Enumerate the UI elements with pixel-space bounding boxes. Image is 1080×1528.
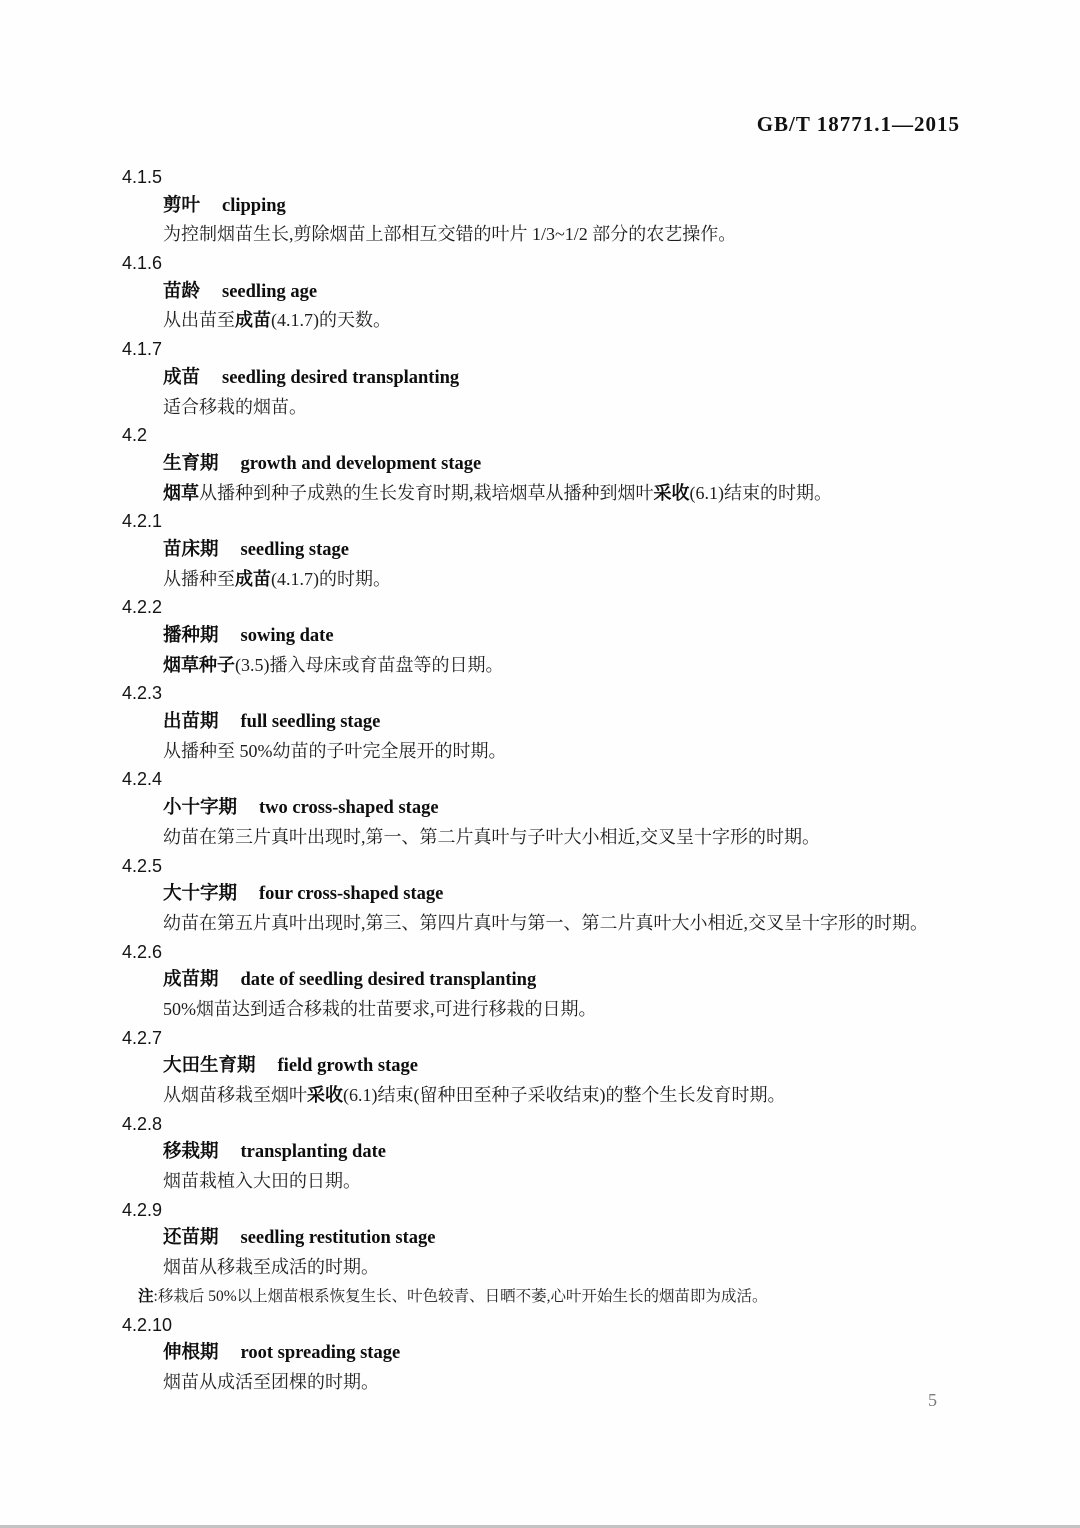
term-chinese: 还苗期 <box>163 1227 219 1248</box>
clause-number: 4.2.10 <box>122 1311 960 1340</box>
term-chinese: 大田生育期 <box>163 1055 256 1076</box>
term-line: 移栽期transplanting date <box>163 1138 960 1167</box>
definition-segment: (3.5)播入母床或育苗盘等的日期。 <box>235 655 504 675</box>
term-entry: 4.2.10伸根期root spreading stage烟苗从成活至团棵的时期… <box>122 1311 960 1397</box>
term-english: sowing date <box>241 626 334 646</box>
term-definition: 烟草从播种到种子成熟的生长发育时期,栽培烟草从播种到烟叶采收(6.1)结束的时期… <box>163 479 960 508</box>
term-english: clipping <box>222 196 286 216</box>
clause-number: 4.2 <box>122 421 960 450</box>
clause-number: 4.2.1 <box>122 507 960 536</box>
term-line: 苗龄seedling age <box>163 278 960 307</box>
term-definition: 烟苗从移栽至成活的时期。 <box>163 1253 960 1282</box>
term-chinese: 苗龄 <box>163 281 200 302</box>
page-number: 5 <box>928 1390 937 1411</box>
term-english: four cross-shaped stage <box>259 884 443 904</box>
term-english: transplanting date <box>241 1142 386 1162</box>
term-line: 剪叶clipping <box>163 192 960 221</box>
term-english: growth and development stage <box>241 454 482 474</box>
definition-segment: 采收 <box>307 1085 343 1106</box>
term-english: seedling restitution stage <box>241 1228 436 1248</box>
term-chinese: 生育期 <box>163 453 219 474</box>
term-entry: 4.1.6苗龄seedling age从出苗至成苗(4.1.7)的天数。 <box>122 249 960 335</box>
term-entry: 4.2.4小十字期two cross-shaped stage幼苗在第三片真叶出… <box>122 765 960 851</box>
term-definition: 烟苗从成活至团棵的时期。 <box>163 1368 960 1397</box>
definition-segment: (6.1)结束的时期。 <box>690 483 833 503</box>
definition-segment: 从出苗至 <box>163 310 235 330</box>
term-entry: 4.2.3出苗期full seedling stage从播种至 50%幼苗的子叶… <box>122 679 960 765</box>
term-chinese: 剪叶 <box>163 195 200 216</box>
clause-number: 4.1.6 <box>122 249 960 278</box>
term-chinese: 成苗 <box>163 367 200 388</box>
term-english: two cross-shaped stage <box>259 798 439 818</box>
term-entry: 4.2生育期growth and development stage烟草从播种到… <box>122 421 960 507</box>
term-entry: 4.2.8移栽期transplanting date烟苗栽植入大田的日期。 <box>122 1110 960 1196</box>
definition-segment: 适合移栽的烟苗。 <box>163 397 307 417</box>
term-chinese: 移栽期 <box>163 1141 219 1162</box>
term-line: 生育期growth and development stage <box>163 450 960 479</box>
content: 4.1.5剪叶clipping为控制烟苗生长,剪除烟苗上部相互交错的叶片 1/3… <box>122 163 960 1397</box>
term-line: 还苗期seedling restitution stage <box>163 1224 960 1253</box>
definition-segment: 烟草种子 <box>163 655 235 676</box>
term-line: 伸根期root spreading stage <box>163 1339 960 1368</box>
definition-segment: 烟苗从成活至团棵的时期。 <box>163 1372 379 1392</box>
term-line: 苗床期seedling stage <box>163 536 960 565</box>
clause-number: 4.2.6 <box>122 938 960 967</box>
definition-segment: 幼苗在第五片真叶出现时,第三、第四片真叶与第一、第二片真叶大小相近,交叉呈十字形… <box>163 913 928 933</box>
note-segment: :移栽后 50%以上烟苗根系恢复生长、叶色较青、日晒不萎,心叶开始生长的烟苗即为… <box>154 1288 768 1305</box>
definition-segment: 幼苗在第三片真叶出现时,第一、第二片真叶与子叶大小相近,交叉呈十字形的时期。 <box>163 827 820 847</box>
clause-number: 4.1.5 <box>122 163 960 192</box>
term-chinese: 小十字期 <box>163 797 237 818</box>
clause-number: 4.2.9 <box>122 1196 960 1225</box>
term-definition: 为控制烟苗生长,剪除烟苗上部相互交错的叶片 1/3~1/2 部分的农艺操作。 <box>163 220 960 249</box>
term-entry: 4.2.7大田生育期field growth stage从烟苗移栽至烟叶采收(6… <box>122 1024 960 1110</box>
definition-segment: (4.1.7)的天数。 <box>271 310 391 330</box>
term-definition: 从出苗至成苗(4.1.7)的天数。 <box>163 306 960 335</box>
clause-number: 4.2.3 <box>122 679 960 708</box>
definition-segment: 从播种到种子成熟的生长发育时期,栽培烟草从播种到烟叶 <box>199 483 654 503</box>
clause-number: 4.2.8 <box>122 1110 960 1139</box>
term-entry: 4.1.7成苗seedling desired transplanting适合移… <box>122 335 960 421</box>
term-english: seedling stage <box>241 540 349 560</box>
clause-number: 4.2.7 <box>122 1024 960 1053</box>
term-english: seedling age <box>222 282 317 302</box>
term-definition: 烟草种子(3.5)播入母床或育苗盘等的日期。 <box>163 651 960 680</box>
definition-segment: 烟苗栽植入大田的日期。 <box>163 1171 361 1191</box>
clause-number: 4.2.2 <box>122 593 960 622</box>
term-chinese: 出苗期 <box>163 711 219 732</box>
definition-segment: 成苗 <box>235 310 271 331</box>
standard-document-page: GB/T 18771.1—2015 4.1.5剪叶clipping为控制烟苗生长… <box>0 0 1080 1528</box>
term-line: 播种期sowing date <box>163 622 960 651</box>
definition-segment: 成苗 <box>235 569 271 590</box>
definition-segment: 采收 <box>654 483 690 504</box>
term-definition: 烟苗栽植入大田的日期。 <box>163 1167 960 1196</box>
term-english: root spreading stage <box>241 1343 401 1363</box>
clause-number: 4.2.4 <box>122 765 960 794</box>
term-chinese: 伸根期 <box>163 1342 219 1363</box>
definition-segment: 烟草 <box>163 483 199 504</box>
term-line: 小十字期two cross-shaped stage <box>163 794 960 823</box>
clause-number: 4.2.5 <box>122 852 960 881</box>
term-definition: 从播种至 50%幼苗的子叶完全展开的时期。 <box>163 737 960 766</box>
definition-segment: 烟苗从移栽至成活的时期。 <box>163 1257 379 1277</box>
term-entry: 4.1.5剪叶clipping为控制烟苗生长,剪除烟苗上部相互交错的叶片 1/3… <box>122 163 960 249</box>
definition-segment: (6.1)结束(留种田至种子采收结束)的整个生长发育时期。 <box>343 1085 785 1105</box>
term-entry: 4.2.2播种期sowing date烟草种子(3.5)播入母床或育苗盘等的日期… <box>122 593 960 679</box>
term-entry: 4.2.6成苗期date of seedling desired transpl… <box>122 938 960 1024</box>
term-entry: 4.2.5大十字期four cross-shaped stage幼苗在第五片真叶… <box>122 852 960 938</box>
term-line: 成苗seedling desired transplanting <box>163 364 960 393</box>
term-definition: 从播种至成苗(4.1.7)的时期。 <box>163 565 960 594</box>
definition-segment: 从烟苗移栽至烟叶 <box>163 1085 307 1105</box>
definition-segment: 50%烟苗达到适合移栽的壮苗要求,可进行移栽的日期。 <box>163 999 597 1019</box>
term-definition: 幼苗在第三片真叶出现时,第一、第二片真叶与子叶大小相近,交叉呈十字形的时期。 <box>163 823 960 852</box>
definition-segment: (4.1.7)的时期。 <box>271 569 391 589</box>
definition-segment: 为控制烟苗生长,剪除烟苗上部相互交错的叶片 1/3~1/2 部分的农艺操作。 <box>163 224 736 244</box>
term-entry: 4.2.9还苗期seedling restitution stage烟苗从移栽至… <box>122 1196 960 1311</box>
term-definition: 幼苗在第五片真叶出现时,第三、第四片真叶与第一、第二片真叶大小相近,交叉呈十字形… <box>163 909 960 938</box>
term-entry: 4.2.1苗床期seedling stage从播种至成苗(4.1.7)的时期。 <box>122 507 960 593</box>
term-chinese: 苗床期 <box>163 539 219 560</box>
term-english: field growth stage <box>278 1056 418 1076</box>
term-line: 大田生育期field growth stage <box>163 1052 960 1081</box>
clause-number: 4.1.7 <box>122 335 960 364</box>
term-english: date of seedling desired transplanting <box>241 970 537 990</box>
term-english: seedling desired transplanting <box>222 368 459 388</box>
term-chinese: 成苗期 <box>163 969 219 990</box>
note-line: 注:移栽后 50%以上烟苗根系恢复生长、叶色较青、日晒不萎,心叶开始生长的烟苗即… <box>138 1282 960 1311</box>
term-chinese: 播种期 <box>163 625 219 646</box>
term-line: 成苗期date of seedling desired transplantin… <box>163 966 960 995</box>
note-segment: 注 <box>138 1287 154 1305</box>
standard-number-header: GB/T 18771.1—2015 <box>757 112 960 137</box>
definition-segment: 从播种至 <box>163 569 235 589</box>
definition-segment: 从播种至 50%幼苗的子叶完全展开的时期。 <box>163 741 507 761</box>
term-line: 出苗期full seedling stage <box>163 708 960 737</box>
term-definition: 50%烟苗达到适合移栽的壮苗要求,可进行移栽的日期。 <box>163 995 960 1024</box>
term-english: full seedling stage <box>241 712 381 732</box>
term-definition: 适合移栽的烟苗。 <box>163 393 960 422</box>
term-definition: 从烟苗移栽至烟叶采收(6.1)结束(留种田至种子采收结束)的整个生长发育时期。 <box>163 1081 960 1110</box>
term-chinese: 大十字期 <box>163 883 237 904</box>
term-line: 大十字期four cross-shaped stage <box>163 880 960 909</box>
